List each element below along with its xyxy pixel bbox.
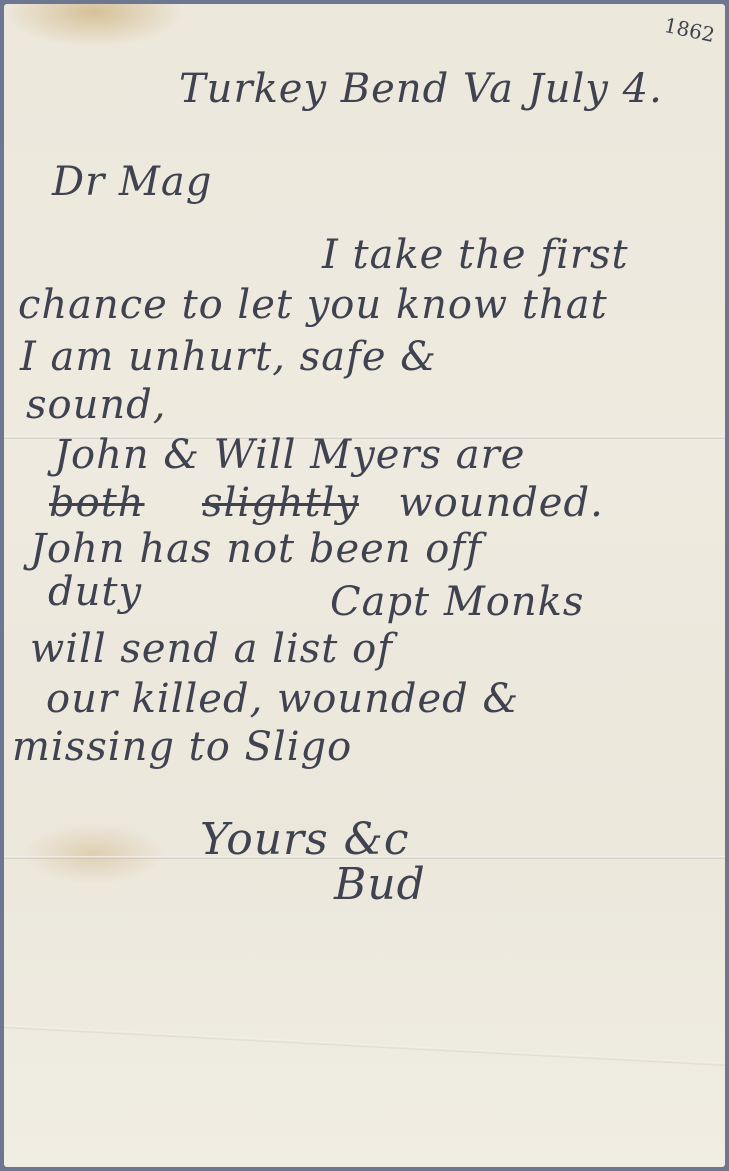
struck-word: both — [49, 480, 145, 526]
body-line: missing to Sligo — [12, 724, 352, 770]
body-word: wounded. — [398, 480, 603, 526]
body-line: will send a list of — [30, 626, 393, 672]
fold-crease — [4, 1025, 724, 1066]
letter-paper: 1862 Turkey Bend Va July 4. Dr Mag I tak… — [4, 4, 725, 1167]
body-line: Capt Monks — [330, 579, 584, 625]
body-line: I take the first — [322, 232, 629, 278]
body-line: duty — [48, 569, 142, 615]
body-line: sound, — [26, 382, 166, 428]
salutation: Dr Mag — [52, 159, 212, 205]
closing: Yours &c — [200, 814, 409, 865]
body-line: John has not been off — [30, 526, 482, 572]
year-annotation: 1862 — [662, 13, 717, 47]
body-line: our killed, wounded & — [46, 676, 519, 722]
body-line-struck: both slightly wounded. — [49, 480, 604, 526]
struck-word: slightly — [202, 480, 359, 526]
body-line: chance to let you know that — [18, 282, 608, 328]
body-line: I am unhurt, safe & — [20, 334, 437, 380]
signature: Bud — [334, 859, 426, 910]
body-line: John & Will Myers are — [54, 432, 525, 478]
letter-heading: Turkey Bend Va July 4. — [179, 66, 663, 112]
